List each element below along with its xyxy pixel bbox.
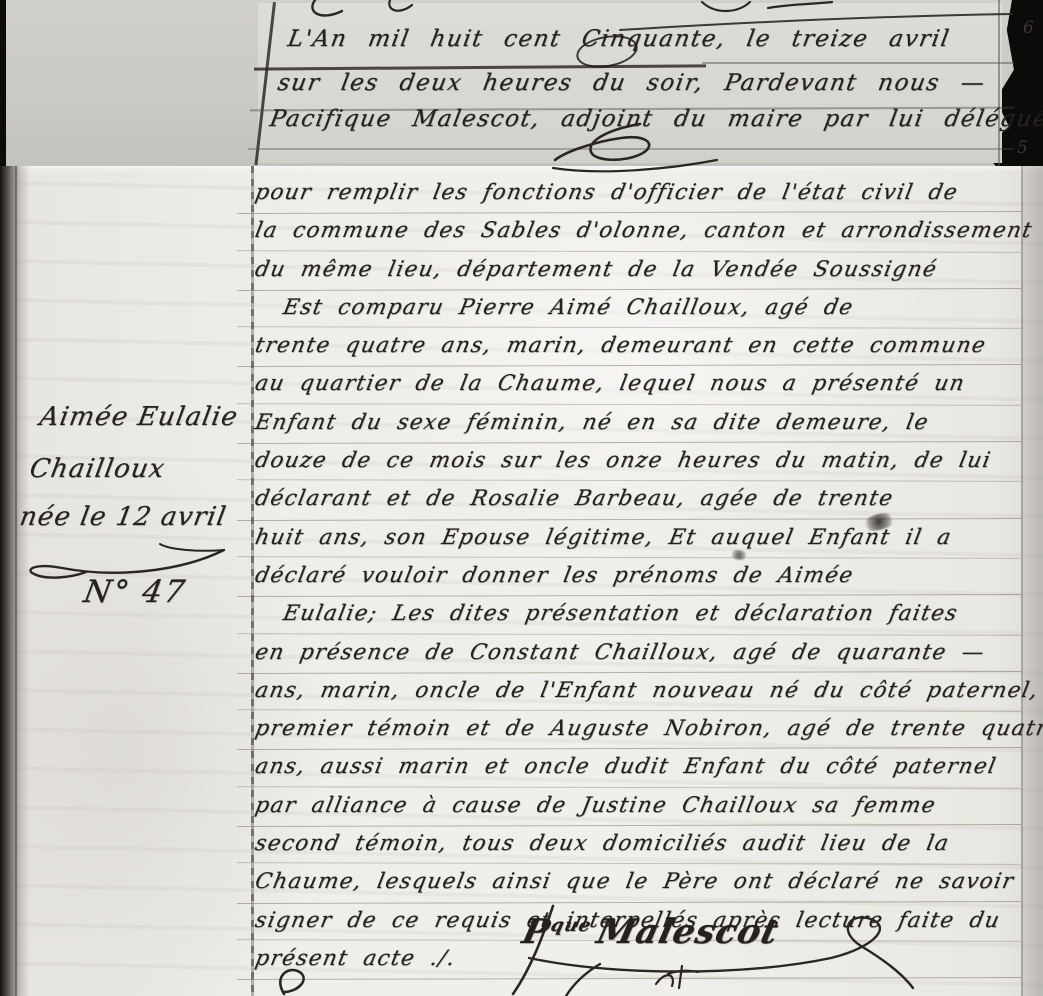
act-text-line: en présence de Constant Chailloux, agé d… <box>253 640 1017 678</box>
margin-annotation: Aimée Eulalie Chailloux née le 12 avril … <box>0 166 248 666</box>
act-text-line: Eulalie; Les dites présentation et décla… <box>253 601 1017 639</box>
register-header-fragment: L'An mil huit cent Cinquante, le treize … <box>0 0 1043 166</box>
act-text-line: huit ans, son Epouse légitime, Et auquel… <box>253 525 1017 563</box>
act-text-line: déclaré vouloir donner les prénoms de Ai… <box>253 563 1017 601</box>
register-act-page: Aimée Eulalie Chailloux née le 12 avril … <box>0 166 1043 996</box>
header-line-officer: Pacifique Malescot, adjoint du maire par… <box>270 106 1043 132</box>
act-text-line: la commune des Sables d'olonne, canton e… <box>253 218 1017 256</box>
ruled-line <box>702 62 1014 64</box>
act-text-line: Est comparu Pierre Aimé Chailloux, agé d… <box>253 295 1017 333</box>
act-text-line: douze de ce mois sur les onze heures du … <box>253 448 1017 486</box>
margin-birth-date: née le 12 avril <box>20 502 226 532</box>
act-text-line: premier témoin et de Auguste Nobiron, ag… <box>253 716 1017 754</box>
act-text-line: pour remplir les fonctions d'officier de… <box>253 180 1017 218</box>
act-text-line: déclarant et de Rosalie Barbeau, agée de… <box>253 486 1017 524</box>
header-line-hour: sur les deux heures du soir, Pardevant n… <box>278 70 985 96</box>
fragment-fold-line <box>998 0 1000 166</box>
ruled-line <box>248 148 1014 150</box>
act-text-line: par alliance à cause de Justine Chaillou… <box>253 793 1017 831</box>
act-text-line: Enfant du sexe féminin, né en sa dite de… <box>253 410 1017 448</box>
act-text-line: second témoin, tous deux domiciliés audi… <box>253 831 1017 869</box>
signature-text: PqueMalescot <box>518 912 782 952</box>
act-body: pour remplir les fonctions d'officier de… <box>253 180 1017 984</box>
act-text-line: trente quatre ans, marin, demeurant en c… <box>253 333 1017 371</box>
act-text-line: ans, marin, oncle de l'Enfant nouveau né… <box>253 678 1017 716</box>
margin-child-name: Aimée Eulalie <box>40 402 238 432</box>
act-text-line: au quartier de la Chaume, lequel nous a … <box>253 371 1017 409</box>
scanned-birth-record: L'An mil huit cent Cinquante, le treize … <box>0 0 1043 996</box>
officer-signature: PqueMalescot <box>495 902 935 996</box>
page-edge-shading <box>1023 166 1043 996</box>
act-text-line: du même lieu, département de la Vendée S… <box>253 257 1017 295</box>
act-text-line: ans, aussi marin et oncle dudit Enfant d… <box>253 754 1017 792</box>
edge-mark: 5 <box>1017 138 1028 158</box>
edge-mark: 6 <box>1023 18 1034 38</box>
margin-child-surname: Chailloux <box>30 454 165 484</box>
act-number: N° 47 <box>84 574 186 610</box>
